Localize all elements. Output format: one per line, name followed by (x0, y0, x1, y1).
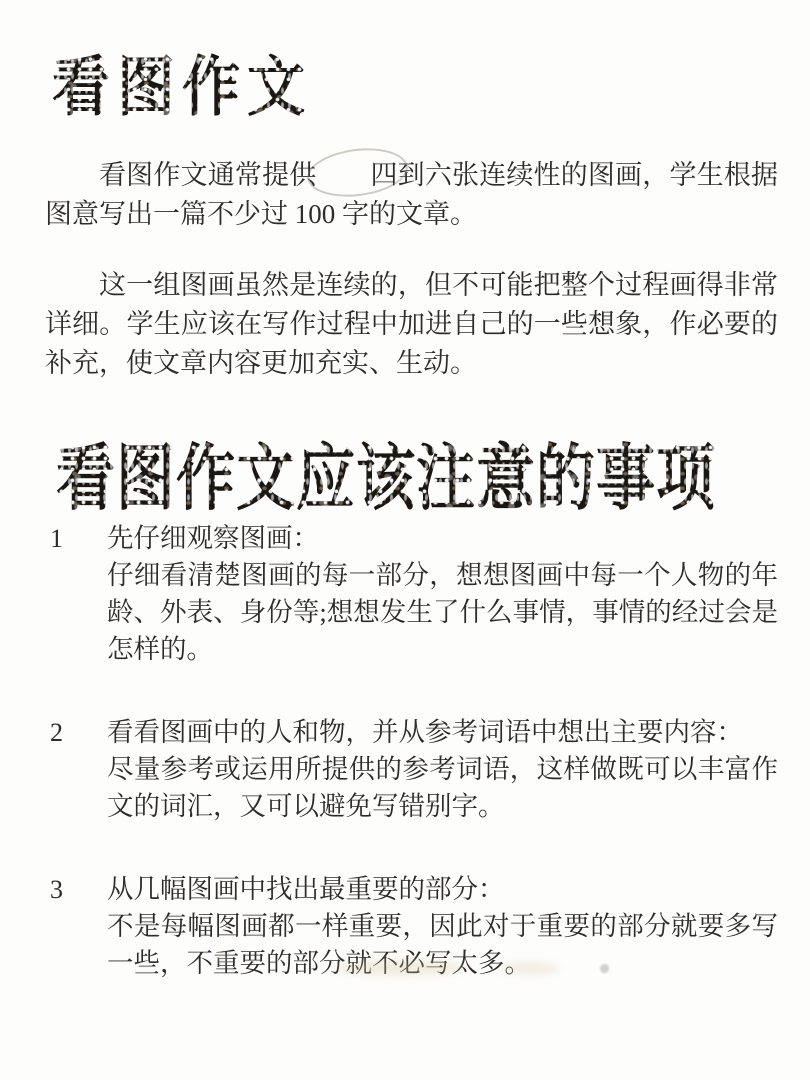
item-heading: 看看图画中的人和物，并从参考词语中想出主要内容： (107, 714, 778, 751)
intro-p1-text-pre: 看图作文通常提供 (99, 160, 316, 190)
item-heading: 先仔细观察图画： (107, 520, 778, 557)
item-body: 仔细看清楚图画的每一部分，想想图画中每一个人物的年龄、外表、身份等;想想发生了什… (107, 557, 778, 668)
item-body: 不是每幅图画都一样重要，因此对于重要的部分就要多写一些，不重要的部分就不必写太多… (107, 908, 778, 982)
item-content: 从几幅图画中找出最重要的部分： 不是每幅图画都一样重要，因此对于重要的部分就要多… (107, 871, 778, 982)
item-number: 1 (50, 520, 107, 668)
list-item-1: 1 先仔细观察图画： 仔细看清楚图画的每一部分，想想图画中每一个人物的年龄、外表… (50, 520, 778, 668)
main-title: 看图作文 (52, 34, 312, 128)
item-content: 看看图画中的人和物，并从参考词语中想出主要内容： 尽量参考或运用所提供的参考词语… (107, 714, 778, 825)
intro-paragraph-2: 这一组图画虽然是连续的，但不可能把整个过程画得非常详细。学生应该在写作过程中加进… (45, 266, 778, 383)
item-number: 2 (50, 714, 107, 825)
list-item-3: 3 从几幅图画中找出最重要的部分： 不是每幅图画都一样重要，因此对于重要的部分就… (50, 871, 778, 982)
item-number: 3 (50, 871, 107, 982)
circled-char: 四 (370, 160, 397, 190)
section-title: 看图作文应该注意的事项 (56, 420, 716, 524)
item-heading: 从几幅图画中找出最重要的部分： (107, 871, 778, 908)
list-item-2: 2 看看图画中的人和物，并从参考词语中想出主要内容： 尽量参考或运用所提供的参考… (50, 714, 778, 825)
intro-paragraph-1: 看图作文通常提供四到六张连续性的图画，学生根据图意写出一篇不少过 100 字的文… (45, 156, 778, 234)
circled-char-annotation: 四 (316, 156, 397, 195)
document-page: 看图作文 看图作文通常提供四到六张连续性的图画，学生根据图意写出一篇不少过 10… (0, 0, 810, 1080)
notes-list: 1 先仔细观察图画： 仔细看清楚图画的每一部分，想想图画中每一个人物的年龄、外表… (50, 520, 778, 1028)
item-body: 尽量参考或运用所提供的参考词语，这样做既可以丰富作文的词汇，又可以避免写错别字。 (107, 751, 778, 825)
intro-section: 看图作文通常提供四到六张连续性的图画，学生根据图意写出一篇不少过 100 字的文… (45, 156, 778, 415)
item-content: 先仔细观察图画： 仔细看清楚图画的每一部分，想想图画中每一个人物的年龄、外表、身… (107, 520, 778, 668)
